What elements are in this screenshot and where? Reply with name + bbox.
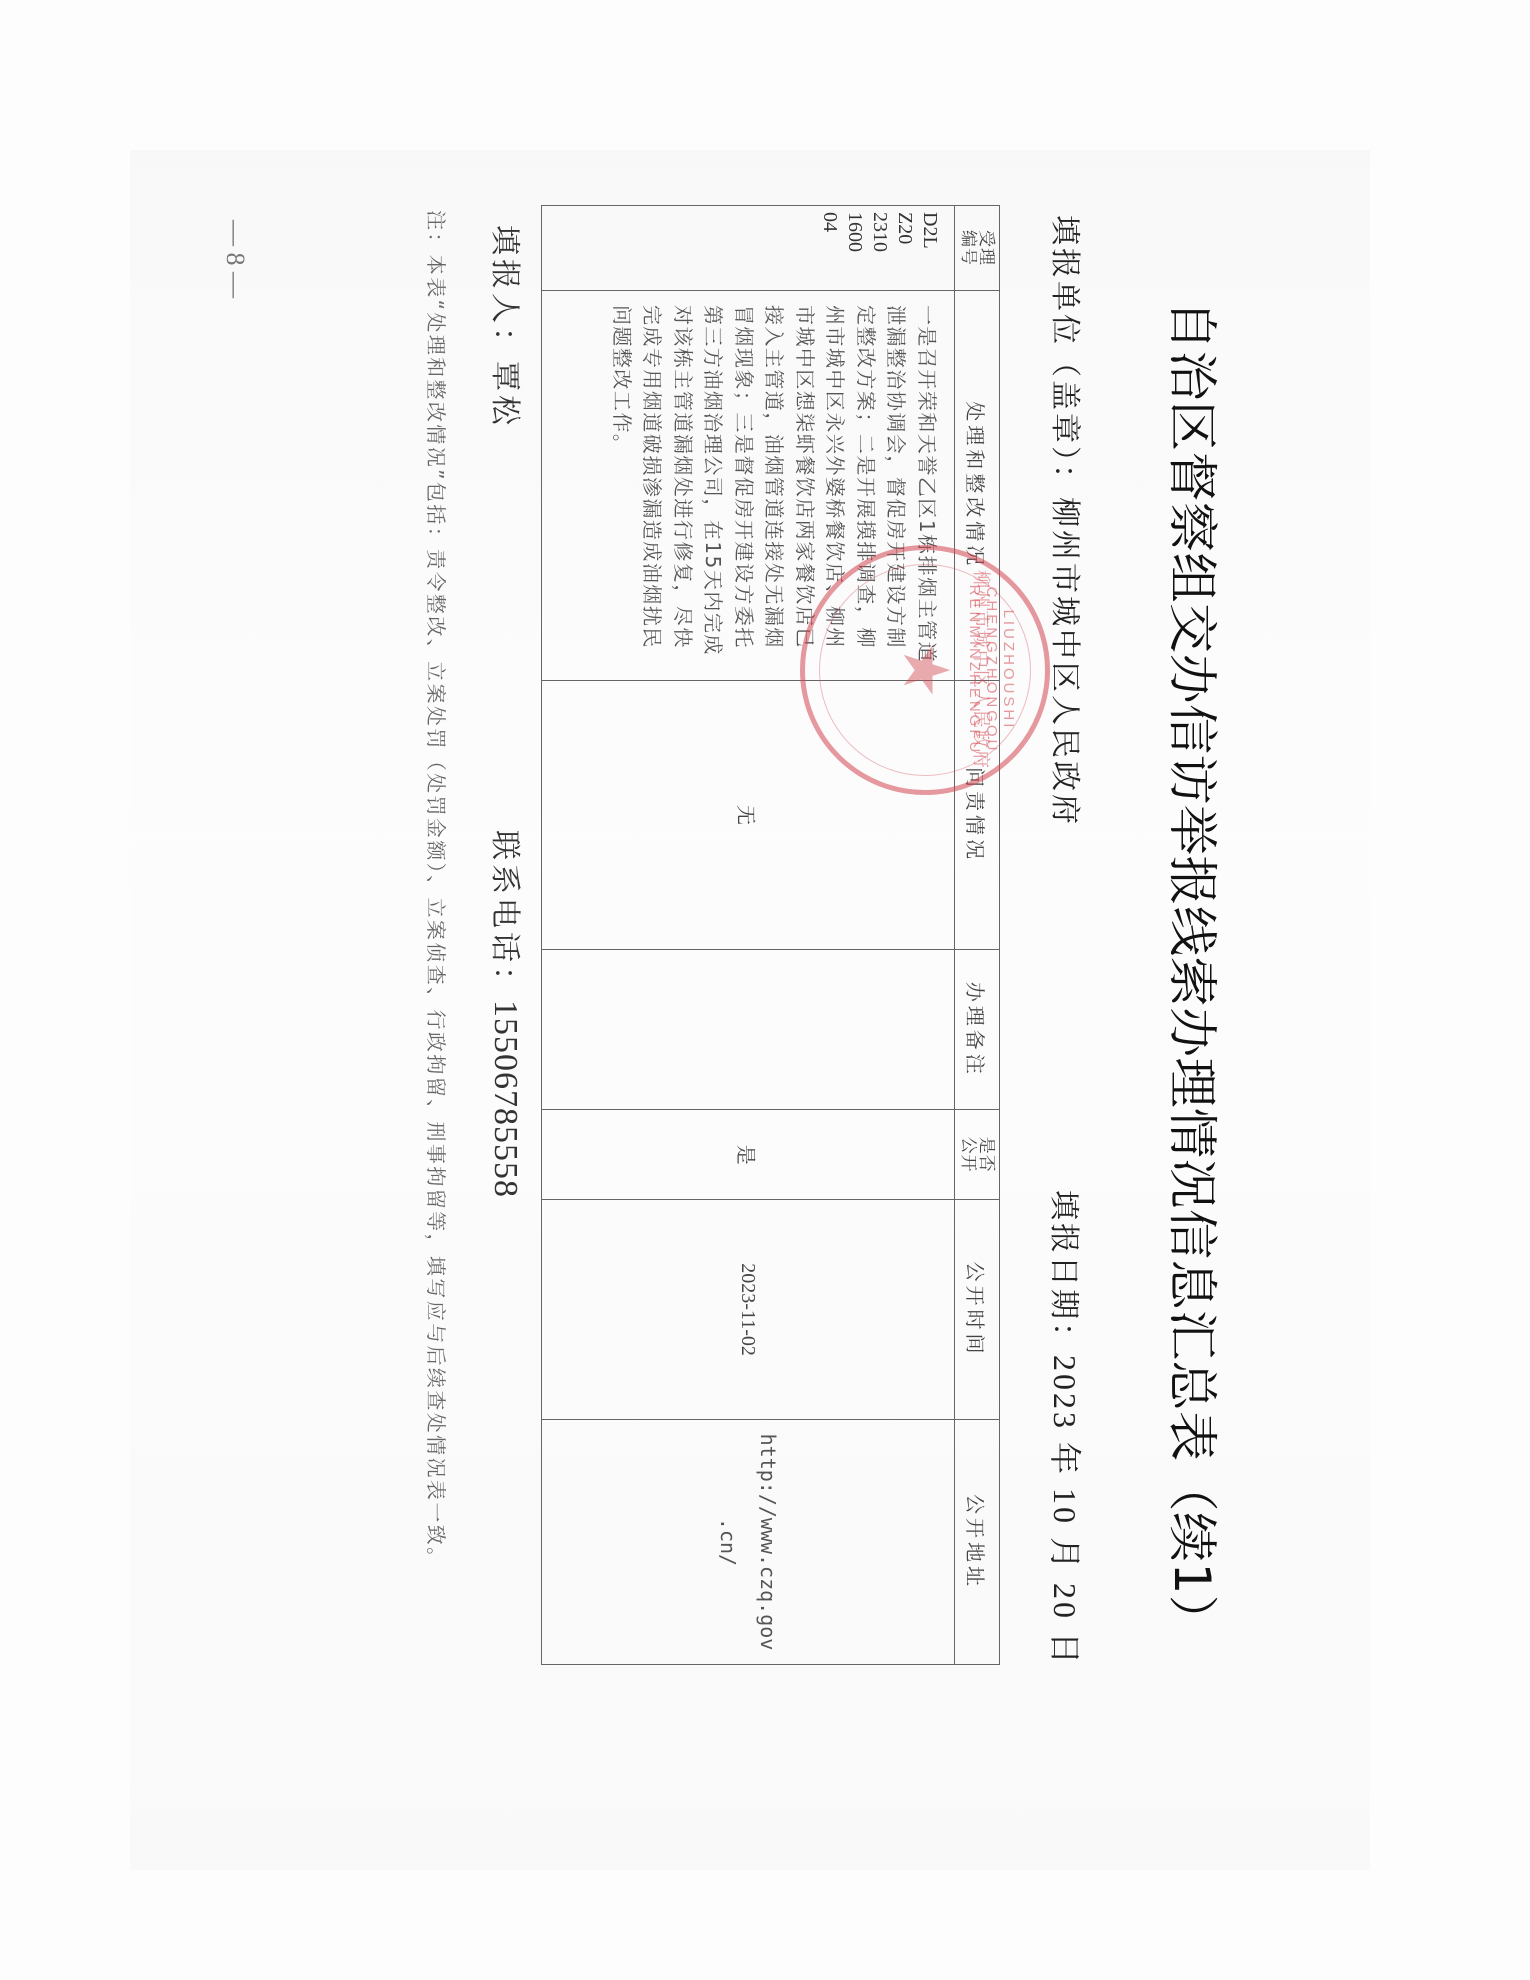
header-remarks: 办理备注 — [955, 950, 1000, 1110]
table-header-row: 受理编号 处理和整改情况 问责情况 办理备注 是否公开 公开时间 公开地址 — [955, 206, 1000, 1665]
case-id-cell: D2LZ202310160004 — [542, 206, 955, 291]
public-url-cell[interactable]: http://www.czq.gov.cn/ — [542, 1419, 955, 1664]
header-case-id: 受理编号 — [955, 206, 1000, 291]
reporting-date-label: 填报日期： — [1046, 1190, 1081, 1355]
filler-person-value: 覃松 — [487, 361, 522, 429]
page-number: — 8 — — [220, 220, 250, 298]
footnote: 注：本表“处理和整改情况”包括：责令整改、立案处罚（处罚金额）、立案侦查、行政拘… — [420, 210, 452, 1690]
handling-cell: 一是召开荣和天誉乙区1栋排烟主管道泄漏整治协调会，督促房开建设方制定整改方案；二… — [542, 290, 955, 680]
filler-person-label: 填报人： — [487, 225, 522, 361]
header-public-date: 公开时间 — [955, 1200, 1000, 1420]
reporting-date: 填报日期：2023 年 10 月 20 日 — [1044, 1190, 1090, 1667]
reporting-unit-label: 填报单位（盖章）： — [1047, 215, 1082, 497]
reporting-unit: 填报单位（盖章）：柳州市城中区人民政府 — [1046, 215, 1090, 827]
filler-person: 填报人：覃松 — [486, 225, 530, 429]
header-public-url: 公开地址 — [955, 1419, 1000, 1664]
header-is-public: 是否公开 — [955, 1110, 1000, 1200]
header-accountability: 问责情况 — [955, 680, 1000, 950]
report-table: 受理编号 处理和整改情况 问责情况 办理备注 是否公开 公开时间 公开地址 D2… — [541, 205, 1000, 1665]
document-title: 自治区督察组交办信访举报线索办理情况信息汇总表（续1） — [1160, 300, 1232, 1630]
contact-phone-label: 联系电话： — [487, 830, 522, 1000]
reporting-date-value: 2023 年 10 月 20 日 — [1047, 1355, 1083, 1667]
contact-phone: 联系电话：15506785558 — [486, 830, 530, 1198]
header-handling: 处理和整改情况 — [955, 290, 1000, 680]
accountability-cell: 无 — [542, 680, 955, 950]
table-row: D2LZ202310160004 一是召开荣和天誉乙区1栋排烟主管道泄漏整治协调… — [542, 206, 955, 1665]
is-public-cell: 是 — [542, 1110, 955, 1200]
remarks-cell — [542, 950, 955, 1110]
contact-phone-value: 15506785558 — [487, 1000, 524, 1198]
reporting-unit-value: 柳州市城中区人民政府 — [1047, 497, 1082, 827]
document-page: 自治区督察组交办信访举报线索办理情况信息汇总表（续1） 填报单位（盖章）：柳州市… — [0, 0, 1530, 1980]
public-date-cell: 2023-11-02 — [542, 1200, 955, 1420]
